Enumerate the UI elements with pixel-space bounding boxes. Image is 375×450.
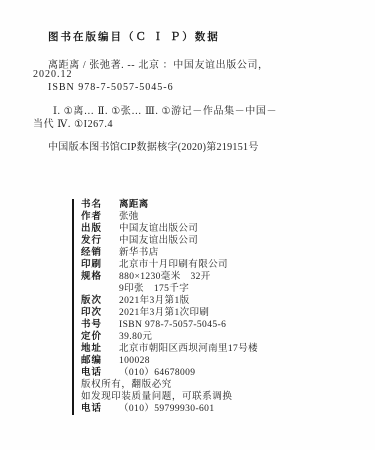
colophon-value: （010）59799930-601 — [119, 403, 214, 415]
colophon-row: 规格880×1230毫米 32开 — [81, 271, 341, 283]
colophon-value: 880×1230毫米 32开 — [119, 271, 211, 283]
colophon-label: 邮编 — [81, 355, 119, 367]
colophon-label: 印刷 — [81, 259, 119, 271]
colophon-row: 如发现印装质量问题，可联系调换 — [81, 391, 341, 403]
colophon-value: 张弛 — [119, 211, 139, 223]
copyright-page: 图书在版编目（Ｃ Ｉ Ｐ）数据 离距离 / 张弛著. -- 北京 ：中国友谊出版… — [0, 0, 375, 450]
cip-isbn-line: ISBN 978-7-5057-5045-6 — [48, 82, 174, 93]
colophon-row: 电话（010）64678009 — [81, 367, 341, 379]
colophon-label: 印次 — [81, 307, 119, 319]
cip-registry-line: 中国版本图书馆CIP数据核字(2020)第219151号 — [48, 138, 259, 153]
colophon-row: 定价39.80元 — [81, 331, 341, 343]
colophon-label: 电话 — [81, 367, 119, 379]
colophon-row: 邮编100028 — [81, 355, 341, 367]
colophon-value: 中国友谊出版公司 — [119, 223, 198, 235]
colophon-value: 离距离 — [119, 199, 149, 211]
colophon-value: 100028 — [119, 355, 150, 367]
colophon-value: 2021年3月第1次印刷 — [119, 307, 209, 319]
colophon-label: 定价 — [81, 331, 119, 343]
colophon-table: 书名离距离作者张弛出版中国友谊出版公司发行中国友谊出版公司经销新华书店印刷北京市… — [72, 199, 341, 415]
colophon-row: 发行中国友谊出版公司 — [81, 235, 341, 247]
colophon-note: 如发现印装质量问题，可联系调换 — [81, 391, 233, 403]
colophon-row: 书号ISBN 978-7-5057-5045-6 — [81, 319, 341, 331]
colophon-row: 地址北京市朝阳区西坝河南里17号楼 — [81, 343, 341, 355]
colophon-value: 北京市十月印刷有限公司 — [119, 259, 228, 271]
colophon-label: 地址 — [81, 343, 119, 355]
colophon-row: 版权所有，翻版必究 — [81, 379, 341, 391]
colophon-row: 印刷北京市十月印刷有限公司 — [81, 259, 341, 271]
colophon-label: 规格 — [81, 271, 119, 283]
cip-heading: 图书在版编目（Ｃ Ｉ Ｐ）数据 — [48, 29, 220, 44]
colophon-label: 经销 — [81, 247, 119, 259]
colophon-row: 书名离距离 — [81, 199, 341, 211]
colophon-value: 中国友谊出版公司 — [119, 235, 198, 247]
colophon-value: 新华书店 — [119, 247, 159, 259]
colophon-row: 经销新华书店 — [81, 247, 341, 259]
colophon-note: 版权所有，翻版必究 — [81, 379, 172, 391]
colophon-row: 电话（010）59799930-601 — [81, 403, 341, 415]
colophon-row: 出版中国友谊出版公司 — [81, 223, 341, 235]
cip-record-line-2: 2020.12 — [33, 69, 73, 80]
colophon-value: ISBN 978-7-5057-5045-6 — [119, 319, 226, 331]
colophon-value: 北京市朝阳区西坝河南里17号楼 — [119, 343, 258, 355]
colophon-value: 9印张 175千字 — [119, 283, 189, 295]
colophon-value: 39.80元 — [119, 331, 152, 343]
colophon-value: （010）64678009 — [119, 367, 195, 379]
colophon-label: 版次 — [81, 295, 119, 307]
cip-record-line-1: 离距离 / 张弛著. -- 北京 ：中国友谊出版公司， — [48, 56, 269, 71]
colophon-row: 印次2021年3月第1次印刷 — [81, 307, 341, 319]
colophon-label: 电话 — [81, 403, 119, 415]
cip-subject-line-2: 当代 Ⅳ. ①I267.4 — [33, 115, 113, 130]
colophon-label: 出版 — [81, 223, 119, 235]
colophon-label: 发行 — [81, 235, 119, 247]
colophon-row: 作者张弛 — [81, 211, 341, 223]
colophon-label: 书号 — [81, 319, 119, 331]
colophon-value: 2021年3月第1版 — [119, 295, 190, 307]
colophon-label: 作者 — [81, 211, 119, 223]
colophon-label: 书名 — [81, 199, 119, 211]
colophon-row: 版次2021年3月第1版 — [81, 295, 341, 307]
colophon-row: 9印张 175千字 — [81, 283, 341, 295]
